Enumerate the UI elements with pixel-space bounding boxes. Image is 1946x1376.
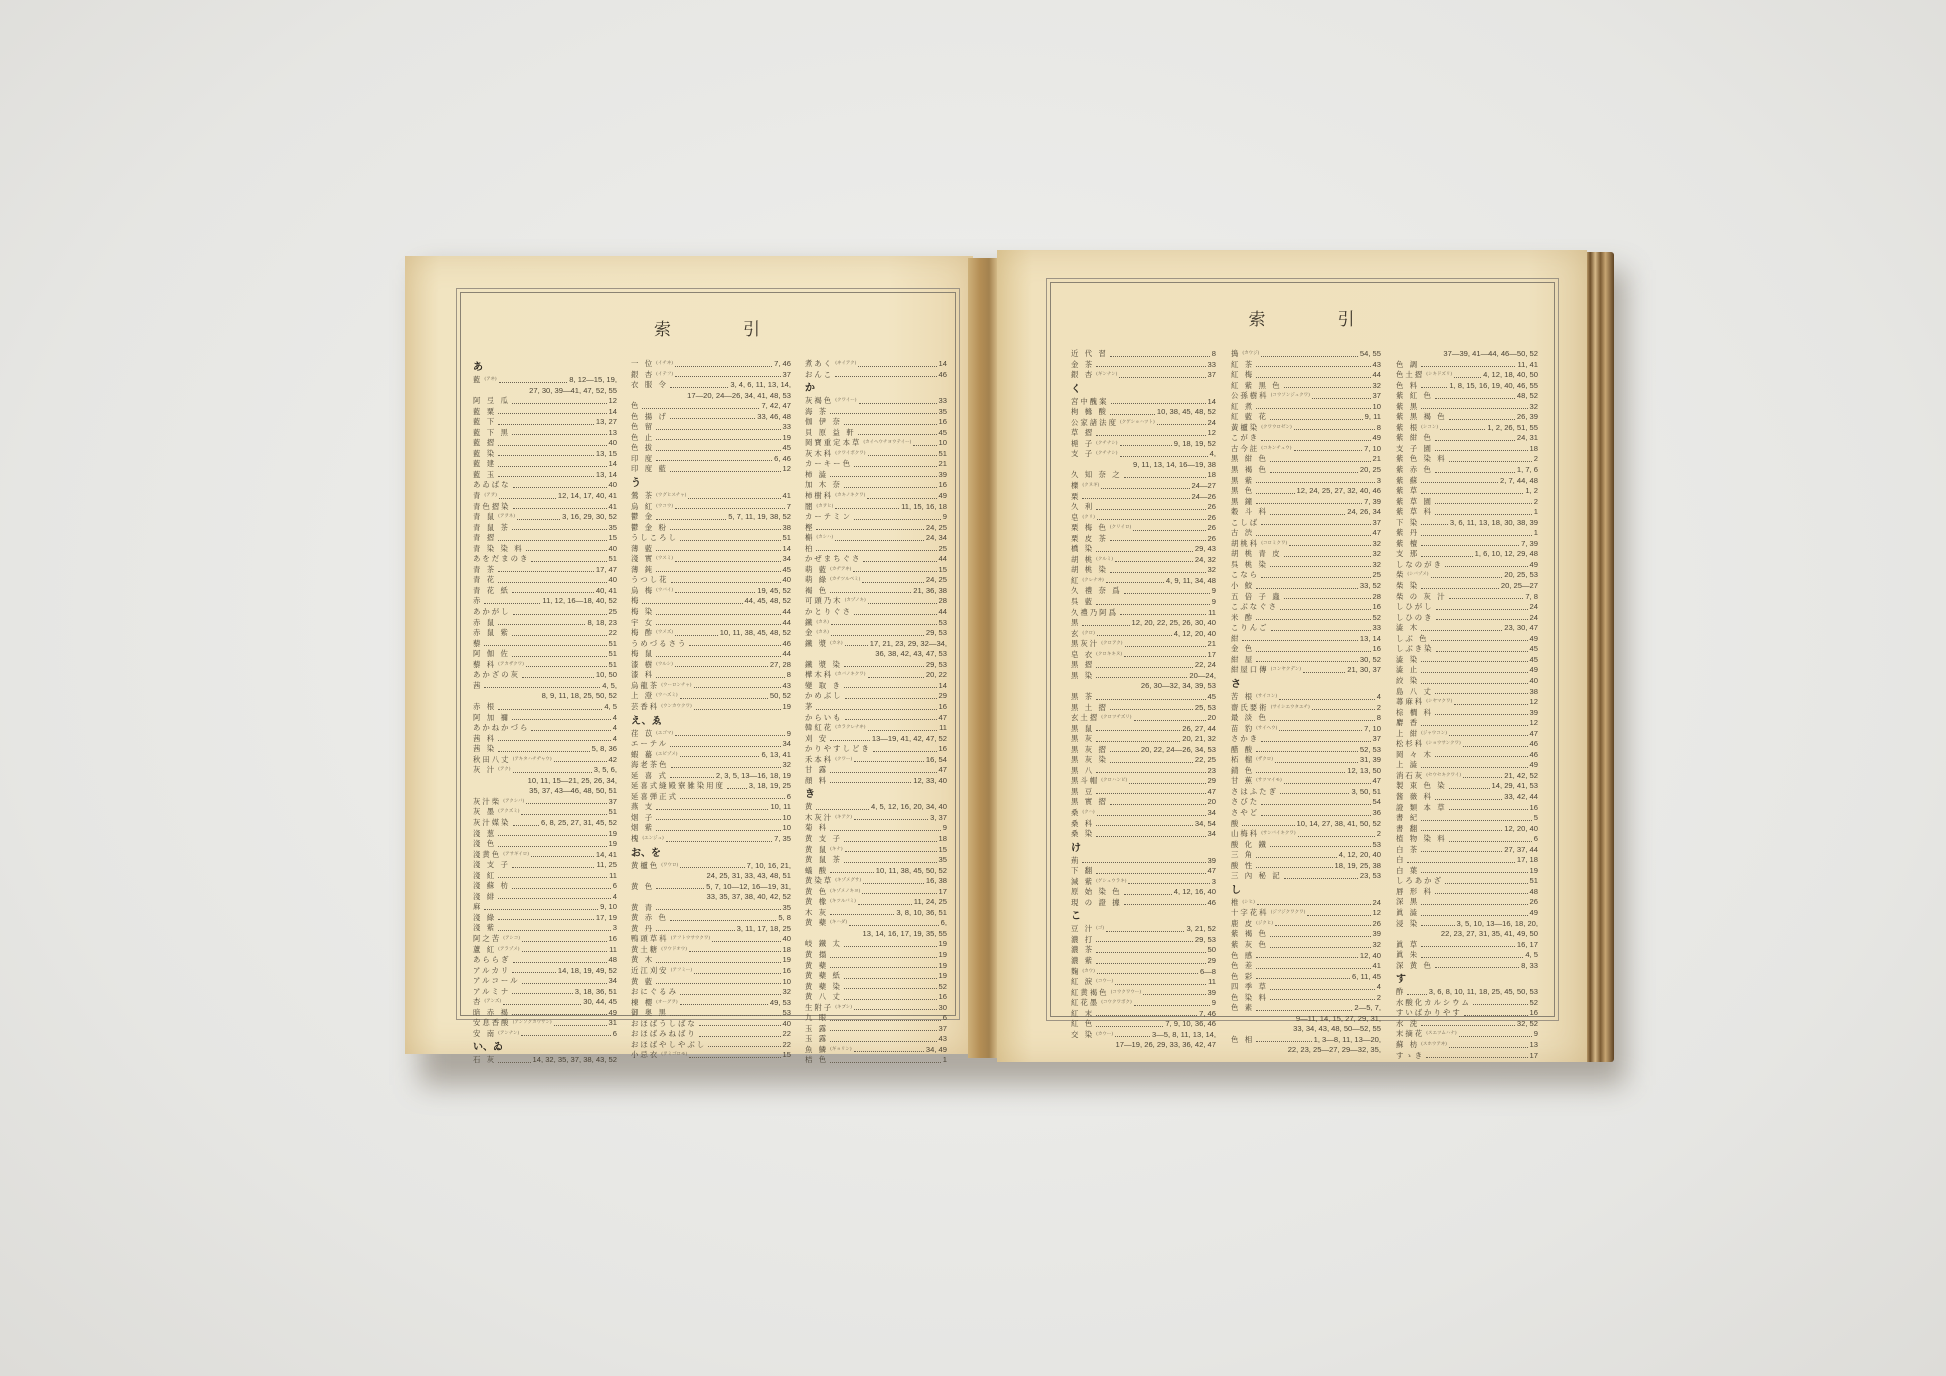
index-entry: 燕 支10, 11	[631, 802, 791, 813]
page-numbers: 17	[939, 887, 947, 898]
index-entry: 安 南(アンナン)6	[473, 1029, 617, 1040]
dot-leader	[1115, 1030, 1150, 1038]
dot-leader	[526, 797, 606, 805]
dot-leader	[521, 807, 606, 815]
page-numbers: 47	[1373, 528, 1381, 539]
dot-leader	[670, 412, 755, 420]
dot-leader	[670, 771, 714, 779]
index-entry: 古今註(コキンチュウ)7, 10	[1231, 444, 1381, 455]
page-numbers: 12	[783, 464, 791, 475]
index-term: 胡桃科	[1231, 539, 1259, 550]
page-numbers: 4	[613, 713, 617, 724]
page-numbers: 29	[1208, 776, 1216, 787]
index-entry: 米 酢52	[1231, 613, 1381, 624]
index-term: 現 の 證 據	[1071, 898, 1122, 909]
index-entry: 搗(カウジ)54, 55	[1231, 349, 1381, 360]
index-term: こりんご	[1231, 623, 1269, 634]
page-numbers: 14	[783, 544, 791, 555]
page-numbers: 49	[1530, 634, 1538, 645]
page-numbers: 53	[1373, 840, 1381, 851]
index-term: 柿樹科	[805, 491, 833, 502]
page-numbers: 22, 25	[1195, 755, 1216, 766]
dot-leader	[522, 976, 607, 984]
term-reading: (クヌギ)	[1082, 481, 1099, 492]
term-reading: (オーグヲ)	[656, 998, 678, 1009]
left-page[interactable]: 索引 あ藍(アヰ)8, 12—15, 19,27, 30, 39—41, 47,…	[405, 256, 973, 1054]
index-entry: 淺 紫3	[473, 923, 617, 934]
dot-leader	[1473, 998, 1528, 1006]
index-term: 青 鼠	[473, 512, 496, 523]
term-reading: (ウバイ)	[656, 586, 673, 597]
index-term: 青 花	[473, 575, 496, 586]
index-entry: あららぎ48	[473, 955, 617, 966]
index-entry: 薄 鈍45	[631, 565, 791, 576]
dot-leader	[680, 998, 768, 1006]
index-entry: 鴨頭草科(アフトウサウクワ)40	[631, 934, 791, 945]
dot-leader	[1256, 766, 1345, 774]
index-term: あをだまのき	[473, 554, 529, 565]
index-entry: 岡寶重定本草(カイヘウチヨウテイー)10	[805, 438, 947, 449]
page-numbers: 3, 5, 10, 13—16, 18, 20,	[1457, 919, 1538, 930]
index-term: 穀 斗 科	[1231, 507, 1268, 518]
index-term: 紺	[1231, 634, 1240, 645]
index-term: かぜまちぐさ	[805, 554, 861, 565]
page-numbers: 11, 25	[596, 860, 617, 871]
dot-leader	[868, 449, 937, 457]
index-entry: おほばやしやぶし22	[631, 1040, 791, 1051]
dot-leader	[1421, 676, 1527, 684]
page-numbers: 21	[939, 459, 947, 470]
index-entry: 黒 鼠26, 27, 44	[1071, 724, 1216, 735]
dot-leader	[858, 897, 912, 905]
index-entry: さはふたぎ3, 50, 51	[1231, 787, 1381, 798]
index-term: 青 染 染 料	[473, 544, 524, 555]
index-entry: 下 翻47	[1071, 866, 1216, 877]
dot-leader	[854, 1003, 937, 1011]
index-entry: 黄 鼠(キナ)15	[805, 845, 947, 856]
index-term: 久禮乃阿爲	[1071, 608, 1118, 619]
dot-leader	[830, 950, 936, 958]
index-term: 色 感	[1231, 951, 1254, 962]
page-numbers: 41	[783, 491, 791, 502]
index-entry: 烟 子10	[631, 813, 791, 824]
dot-leader	[1284, 592, 1371, 600]
dot-leader	[498, 533, 606, 541]
page-numbers: 43	[783, 681, 791, 692]
term-reading: (クリイロ)	[1110, 523, 1131, 534]
index-entry: 紫 紺 色24, 31	[1396, 433, 1538, 444]
index-entry: 貝 原 益 軒45	[805, 428, 947, 439]
page-numbers: 51	[783, 533, 791, 544]
index-term: 藍 摺	[473, 438, 496, 449]
index-term: 下 染	[1396, 518, 1419, 529]
index-term: こしば	[1231, 518, 1259, 529]
dot-leader	[656, 607, 780, 615]
index-term: おほばやしやぶし	[631, 1040, 706, 1051]
index-term: 麴	[1071, 967, 1080, 978]
index-entry: 黄 青35	[631, 903, 791, 914]
index-term: 海 茶	[805, 407, 828, 418]
page-numbers: 29	[939, 691, 947, 702]
dot-leader	[689, 1050, 780, 1058]
index-entry: 赤 鼠 紫22	[473, 628, 617, 639]
dot-leader	[1270, 840, 1371, 848]
page-numbers: 20	[1208, 713, 1216, 724]
index-entry: 色 相1, 3—8, 11, 13—20,	[1231, 1035, 1381, 1046]
index-term: さびた	[1231, 797, 1259, 808]
dot-leader	[1271, 623, 1371, 631]
dot-leader	[1270, 929, 1371, 937]
index-term: 紅黄褐色	[1071, 988, 1109, 999]
dot-leader	[498, 829, 606, 837]
page-numbers: 13, 15	[596, 449, 617, 460]
page-numbers: 5, 7, 11, 19, 38, 52	[728, 512, 791, 523]
dot-leader	[656, 955, 780, 963]
page-numbers: 20, 22	[926, 670, 947, 681]
term-reading: (カバノキクワ)	[835, 670, 865, 681]
index-entry: 錆 色12, 13, 50	[1231, 766, 1381, 777]
dot-leader	[1256, 402, 1370, 410]
page-numbers: 40	[1530, 676, 1538, 687]
index-entry: 澁 木23, 30, 47	[1396, 623, 1538, 634]
page-numbers: 14	[609, 459, 617, 470]
dot-leader	[694, 702, 781, 710]
index-entry: 漆 科8	[631, 670, 791, 681]
dot-leader	[1256, 850, 1337, 858]
index-term: 淺 色	[473, 839, 496, 850]
index-entry: 變 取 き14	[805, 681, 947, 692]
index-entry: 灰褐色(クワイー)33	[805, 396, 947, 407]
dot-leader	[498, 1055, 530, 1063]
page-numbers: 3	[1377, 476, 1381, 487]
index-entry: 木灰汁(キアク)3, 37	[805, 813, 947, 824]
index-term: 紫 灰 色	[1231, 940, 1268, 951]
term-reading: (アンズ)	[484, 997, 501, 1008]
index-entry: 水 洗32, 52	[1396, 1019, 1538, 1030]
index-entry: 黒 褐 色20, 25	[1231, 465, 1381, 476]
index-entry: しひのき24	[1396, 613, 1538, 624]
index-entry-continuation: 9, 11, 13, 14, 16—19, 38	[1071, 460, 1216, 471]
index-term: 紫 根	[1396, 423, 1419, 434]
index-term: 澁 止	[1396, 665, 1419, 676]
index-entry: 紅 煮10	[1231, 402, 1381, 413]
index-entry: 黄 蘗 染52	[805, 982, 947, 993]
index-term: 支 子 園	[1396, 444, 1433, 455]
dot-leader	[831, 618, 937, 626]
page-numbers: 3, 8, 10, 36, 51	[896, 908, 947, 919]
page-numbers: 22, 23, 25—27, 29—32, 35,	[1288, 1045, 1381, 1056]
index-term: 變 取 き	[805, 681, 842, 692]
dot-leader	[854, 755, 924, 763]
dot-leader	[1421, 813, 1532, 821]
dot-leader	[1463, 739, 1528, 747]
dot-leader	[830, 961, 936, 969]
dot-leader	[675, 729, 785, 737]
index-term: 絞 染	[1396, 676, 1419, 687]
index-term: 白	[1396, 855, 1405, 866]
dot-leader	[1289, 539, 1370, 547]
page-numbers: 46	[1208, 898, 1216, 909]
page-numbers: 16	[939, 744, 947, 755]
index-entry: 伽 伊 奈16	[805, 417, 947, 428]
index-term: 鶯 茶	[631, 491, 654, 502]
index-term: 灰 墨	[473, 807, 496, 818]
dot-leader	[845, 713, 937, 721]
page-numbers: 33, 46, 48	[757, 412, 791, 423]
index-term: 水酸化カルシウム	[1396, 998, 1471, 1009]
dot-leader	[1435, 497, 1532, 505]
index-term: 蘇 枋	[1396, 1040, 1419, 1051]
index-entry: 紅 茶43	[1231, 360, 1381, 371]
dot-leader	[1120, 608, 1206, 616]
index-entry: 槲(カシハ)24, 34	[805, 533, 947, 544]
page-numbers: 9—11, 14, 15, 27, 29, 31,	[1296, 1014, 1381, 1025]
index-term: しぶき染	[1396, 644, 1434, 655]
page-numbers: 26	[1208, 534, 1216, 545]
index-term: 色	[631, 401, 640, 412]
dot-leader	[513, 955, 607, 963]
page-numbers: 16	[939, 480, 947, 491]
page-numbers: 35	[939, 407, 947, 418]
index-term: 枸 櫞 酸	[1071, 407, 1108, 418]
index-entry: 麝 香12	[1396, 718, 1538, 729]
dot-leader	[1436, 602, 1528, 610]
index-entry: 苗 豹(サイヘウ)7, 10	[1231, 724, 1381, 735]
dot-leader	[694, 681, 781, 689]
index-term: 韓紅花	[805, 723, 833, 734]
page-numbers: 2—5, 7,	[1354, 1003, 1381, 1014]
index-term: 蘆 紅	[473, 945, 496, 956]
dot-leader	[1464, 1008, 1528, 1016]
index-term: 胡 桃 染	[1071, 565, 1108, 576]
index-entry: 紅 紫 黒 色32	[1231, 381, 1381, 392]
index-entry: 三 角4, 12, 20, 40	[1231, 850, 1381, 861]
term-reading: (クロアク)	[1101, 639, 1122, 650]
page-numbers: 32	[1373, 940, 1381, 951]
dot-leader	[1284, 381, 1371, 389]
index-term: おほばみねばり	[631, 1029, 697, 1040]
index-entry: 麻9, 10	[473, 902, 617, 913]
page-numbers: 34, 54	[1195, 819, 1216, 830]
index-term: 末摘花	[1396, 1029, 1424, 1040]
index-term: 紫 紅 色	[1396, 391, 1433, 402]
page-numbers: 37	[1373, 391, 1381, 402]
dot-leader	[699, 1019, 781, 1027]
dot-leader	[867, 491, 936, 499]
dot-leader	[854, 813, 928, 821]
index-term: 久 禮 奈 爲	[1071, 586, 1122, 597]
index-entry: 黄 色(キゾメノキヨ)17	[805, 887, 947, 898]
dot-leader	[1261, 797, 1370, 805]
index-entry: 黒 染20—24,	[1071, 671, 1216, 682]
page-numbers: 16, 38	[926, 876, 947, 887]
term-reading: (ゲシュウラキ)	[1096, 877, 1126, 888]
index-entry: 藍 下 黒13	[473, 428, 617, 439]
index-term: 苗 豹	[1231, 724, 1254, 735]
page-numbers: 2	[1377, 829, 1381, 840]
index-entry: 濃 茶50	[1071, 945, 1216, 956]
index-term: 色 差	[1231, 961, 1254, 972]
index-entry-continuation: 10, 11, 15—21, 25, 26, 34,	[473, 776, 617, 787]
index-entry: 現 の 證 據46	[1071, 898, 1216, 909]
dot-leader	[680, 987, 781, 995]
page-numbers: 47	[939, 765, 947, 776]
index-term: 黒 灰	[1071, 734, 1094, 745]
index-entry: 梅 鼠44	[631, 649, 791, 660]
index-term: 褐 色	[805, 586, 828, 597]
dot-leader	[675, 586, 755, 594]
dot-leader	[1445, 560, 1528, 568]
index-entry: 紅 淚(コウー)11	[1071, 977, 1216, 988]
index-entry: 濃 打29, 53	[1071, 935, 1216, 946]
dot-leader	[830, 1024, 936, 1032]
index-term: 藍 下 黒	[473, 428, 510, 439]
index-term: 玉 露	[805, 1034, 828, 1045]
index-term: 黒 灰 摺	[1071, 745, 1108, 756]
index-entry: 黃櫨染(クワウロゼン)8	[1231, 423, 1381, 434]
dot-leader	[1134, 998, 1210, 1006]
dot-leader	[656, 813, 780, 821]
page-numbers: 6	[613, 1029, 617, 1040]
index-term: 紅 色	[1071, 1019, 1094, 1030]
index-term: 齋氏要術	[1231, 703, 1269, 714]
index-term: 橋 染	[1071, 544, 1094, 555]
index-term: 紅 煮	[1231, 402, 1254, 413]
dot-leader	[513, 765, 592, 773]
index-entry: 呉 桃 染32	[1231, 560, 1381, 571]
index-entry: 衣 服 令3, 4, 6, 11, 13, 14,	[631, 380, 791, 391]
dot-leader	[1435, 792, 1502, 800]
index-term: 青 摺	[473, 533, 496, 544]
page-numbers: 7, 39	[1364, 497, 1381, 508]
page-numbers: 9	[943, 512, 947, 523]
index-entry: 黄 搨19	[805, 950, 947, 961]
dot-leader	[517, 512, 560, 520]
page-numbers: 11	[1208, 977, 1216, 988]
index-term: 色 相	[1231, 1035, 1254, 1046]
index-term: 五 倍 子 蟲	[1231, 592, 1282, 603]
index-entry: 最 淡 色8	[1231, 713, 1381, 724]
index-section-heading: お、を	[631, 845, 791, 861]
index-entry: 麴(カウ)6—8	[1071, 967, 1216, 978]
dot-leader	[858, 359, 936, 367]
index-term: 櫟	[1071, 481, 1080, 492]
index-term: 蝦 蟇	[631, 750, 654, 761]
index-entry: こしば37	[1231, 518, 1381, 529]
index-term: 黄櫨色	[631, 861, 659, 872]
dot-leader	[656, 670, 785, 678]
dot-leader	[844, 971, 937, 979]
page-numbers: 32, 52	[1517, 1019, 1538, 1030]
term-reading: (コロミクワ)	[1261, 539, 1287, 550]
term-reading: (サツマイモ)	[1256, 776, 1282, 787]
dot-leader	[1256, 613, 1370, 621]
index-entry: 顔 料12, 33, 40	[805, 776, 947, 787]
index-entry: 小忌衣(ヲミゴロモ)15	[631, 1050, 791, 1061]
right-page-column-2: 搗(カウジ)54, 55紅 茶43紅 梅44紅 紫 黒 色32公孫樹科(コウソン…	[1231, 349, 1381, 1056]
page-numbers: 19	[939, 939, 947, 950]
dot-leader	[554, 1018, 607, 1026]
dot-leader	[1110, 755, 1193, 763]
index-term: アルミナ	[473, 987, 510, 998]
page-numbers: 40	[783, 1019, 791, 1030]
dot-leader	[1096, 544, 1193, 552]
right-page-column-1: 近 代 習8金 茶33銀 杏(ギンナン)37く宮中醜案14枸 櫞 酸10, 38…	[1071, 349, 1216, 1051]
dot-leader	[1110, 349, 1210, 357]
index-term: 色 止	[631, 433, 654, 444]
index-term: 黄 搨	[805, 950, 828, 961]
index-entry: 淺 紅11	[473, 871, 617, 882]
page-numbers: 25	[939, 544, 947, 555]
dot-leader	[1312, 391, 1371, 399]
right-page[interactable]: 索引 近 代 習8金 茶33銀 杏(ギンナン)37く宮中醜案14枸 櫞 酸10,…	[997, 250, 1587, 1062]
index-entry: 安息香酸(アンソクカウサン)31	[473, 1018, 617, 1029]
index-term: 色 拔	[631, 443, 654, 454]
dot-leader	[1421, 518, 1448, 526]
dot-leader	[512, 649, 607, 657]
index-entry: すいばかりやす16	[1396, 1008, 1538, 1019]
term-reading: (クワウロゼン)	[1261, 423, 1292, 434]
index-entry: 浸 染3, 5, 10, 13—16, 18, 20,	[1396, 919, 1538, 930]
page-numbers: 6	[787, 792, 791, 803]
page-numbers: 3, 18, 19, 25	[749, 781, 791, 792]
index-entry: 深 黄 色8, 33	[1396, 961, 1538, 972]
index-term: 梅 鼠	[631, 649, 654, 660]
dot-leader	[1407, 855, 1514, 863]
page-numbers: 3, 6, 11, 13, 18, 30, 38, 39	[1450, 518, 1538, 529]
dot-leader	[498, 839, 606, 847]
index-entry: 梅 酢(ウメズ)10, 11, 38, 45, 48, 52	[631, 628, 791, 639]
index-term: 近江刈安	[631, 966, 669, 977]
index-term: 黒 染	[1071, 671, 1094, 682]
index-entry: 上 澁49	[1396, 760, 1538, 771]
index-entry: 黒 茶45	[1071, 692, 1216, 703]
index-entry: 鶯 茶(ウグヒスチャ)41	[631, 491, 791, 502]
page-numbers: 13—19, 41, 42, 47, 52	[872, 734, 947, 745]
page-numbers: 18, 19, 25, 38	[1335, 861, 1381, 872]
dot-leader	[844, 660, 924, 668]
page-numbers: 5, 8	[778, 913, 791, 924]
index-term: 鬱 金	[631, 512, 654, 523]
index-term: 黒 豆	[1071, 787, 1094, 798]
page-numbers: 10, 11, 38, 45, 48, 52	[720, 628, 791, 639]
page-numbers: 19	[783, 433, 791, 444]
dot-leader	[670, 380, 728, 388]
index-term: 色 料	[1396, 381, 1419, 392]
index-entry: 紅 末7, 46	[1071, 1009, 1216, 1020]
page-numbers: 37	[939, 1024, 947, 1035]
page-numbers: 40, 41	[596, 586, 617, 597]
index-entry: 深 黒26	[1396, 897, 1538, 908]
index-entry: 柴 の 灰 汁7, 8	[1396, 592, 1538, 603]
index-entry: 柘 榴(ザクロ)31, 39	[1231, 755, 1381, 766]
index-entry: 梅44, 45, 48, 52	[631, 596, 791, 607]
dot-leader	[498, 744, 590, 752]
index-term: 色 素	[1231, 1003, 1254, 1014]
index-term: 酸 性	[1231, 861, 1254, 872]
index-term: 煮あく	[805, 359, 833, 370]
page-numbers: 17, 21, 23, 29, 32—34,	[870, 639, 947, 650]
page-numbers: 28	[939, 596, 947, 607]
page-numbers: 49, 53	[770, 998, 791, 1009]
index-entry: 烏 紅(ウコウ)7	[631, 502, 791, 513]
index-entry: 胡桃科(コロミクワ)32	[1231, 539, 1381, 550]
index-term: 書 翻	[1396, 824, 1419, 835]
dot-leader	[498, 417, 594, 425]
index-term: 荏 苡	[631, 729, 654, 740]
dot-leader	[656, 882, 704, 890]
term-reading: (ショウサンクワ)	[1426, 739, 1461, 750]
